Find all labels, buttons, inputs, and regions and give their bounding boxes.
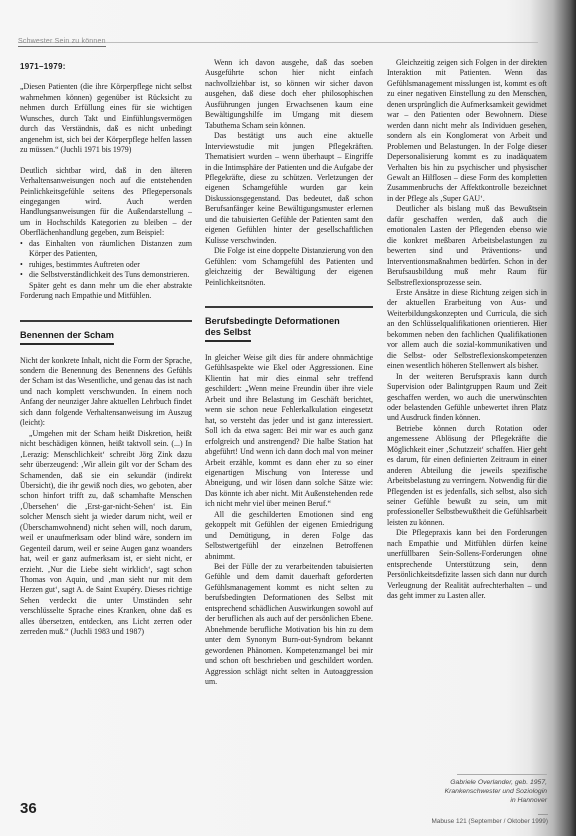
body-paragraph: Die Pflegepraxis kann bei den Forderunge… xyxy=(387,528,547,601)
bullet-item: die Selbstverständlichkeit des Tuns demo… xyxy=(20,270,192,280)
section-heading-benennen: Benennen der Scham xyxy=(20,320,192,345)
body-paragraph: Gleichzeitig zeigen sich Folgen in der d… xyxy=(387,58,547,204)
section-heading-line: des Selbst xyxy=(205,327,251,342)
year-heading: 1971–1979: xyxy=(20,62,192,72)
body-paragraph: Bei der Fülle der zu verarbeitenden tabu… xyxy=(205,562,373,687)
author-location: in Hannover xyxy=(415,796,547,805)
journal-reference-text: Mabuse 121 (September / Oktober 1999) xyxy=(431,818,548,825)
journal-reference: Mabuse 121 (September / Oktober 1999) xyxy=(420,814,548,825)
body-paragraph: Die Folge ist eine doppelte Distanzierun… xyxy=(205,246,373,288)
author-profession: Krankenschwester und Soziologin xyxy=(415,787,547,796)
section-heading-deformationen: Berufsbedingte Deformationen des Selbst xyxy=(205,306,373,342)
body-paragraph: In gleicher Weise gilt dies für andere o… xyxy=(205,353,373,510)
caption-rule xyxy=(457,774,547,775)
body-paragraph: Wenn ich davon ausgehe, daß das soeben A… xyxy=(205,58,373,131)
body-paragraph: Erste Ansätze in diese Richtung zeigen s… xyxy=(387,288,547,372)
author-caption: Gabriele Overlander, geb. 1957, Krankens… xyxy=(415,774,547,805)
running-header: Schwester Sein zu können xyxy=(18,30,538,43)
bullet-item: ruhiges, bestimmtes Auftreten oder xyxy=(20,260,192,270)
section-heading-line: Berufsbedingte Deformationen xyxy=(205,316,373,327)
body-paragraph: Deutlich sichtbar wird, daß in den älter… xyxy=(20,166,192,239)
section-heading-text: Benennen der Scham xyxy=(20,330,114,345)
body-paragraph: Später geht es dann mehr um die eher abs… xyxy=(20,281,192,302)
author-name: Gabriele Overlander, geb. 1957, xyxy=(415,778,547,787)
body-paragraph: Deutlicher als bislang muß das Bewußtsei… xyxy=(387,204,547,288)
body-paragraph: Nicht der konkrete Inhalt, nicht die For… xyxy=(20,356,192,429)
textbook-quote: „Diesen Patienten (die ihre Körperpflege… xyxy=(20,82,192,155)
footer-rule xyxy=(538,814,548,815)
bullet-item: das Einhalten von räumlichen Distanzen z… xyxy=(20,239,192,260)
running-title: Schwester Sein zu können xyxy=(18,38,106,47)
body-paragraph: Betriebe können durch Rotation oder ange… xyxy=(387,424,547,529)
body-paragraph: „Umgehen mit der Scham heißt Diskretion,… xyxy=(20,429,192,638)
left-column: 1971–1979: „Diesen Patienten (die ihre K… xyxy=(20,62,192,638)
body-paragraph: Das bestätigt uns auch eine aktuelle Int… xyxy=(205,131,373,246)
page-number: 36 xyxy=(20,800,37,817)
bullet-list: das Einhalten von räumlichen Distanzen z… xyxy=(20,239,192,281)
body-paragraph: In der weiteren Berufspraxis kann durch … xyxy=(387,372,547,424)
middle-column: Wenn ich davon ausgehe, daß das soeben A… xyxy=(205,58,373,687)
body-paragraph: All die geschilderten Emotionen sind eng… xyxy=(205,510,373,562)
magazine-page: Schwester Sein zu können 1971–1979: „Die… xyxy=(0,0,576,836)
right-column: Gleichzeitig zeigen sich Folgen in der d… xyxy=(387,58,547,602)
